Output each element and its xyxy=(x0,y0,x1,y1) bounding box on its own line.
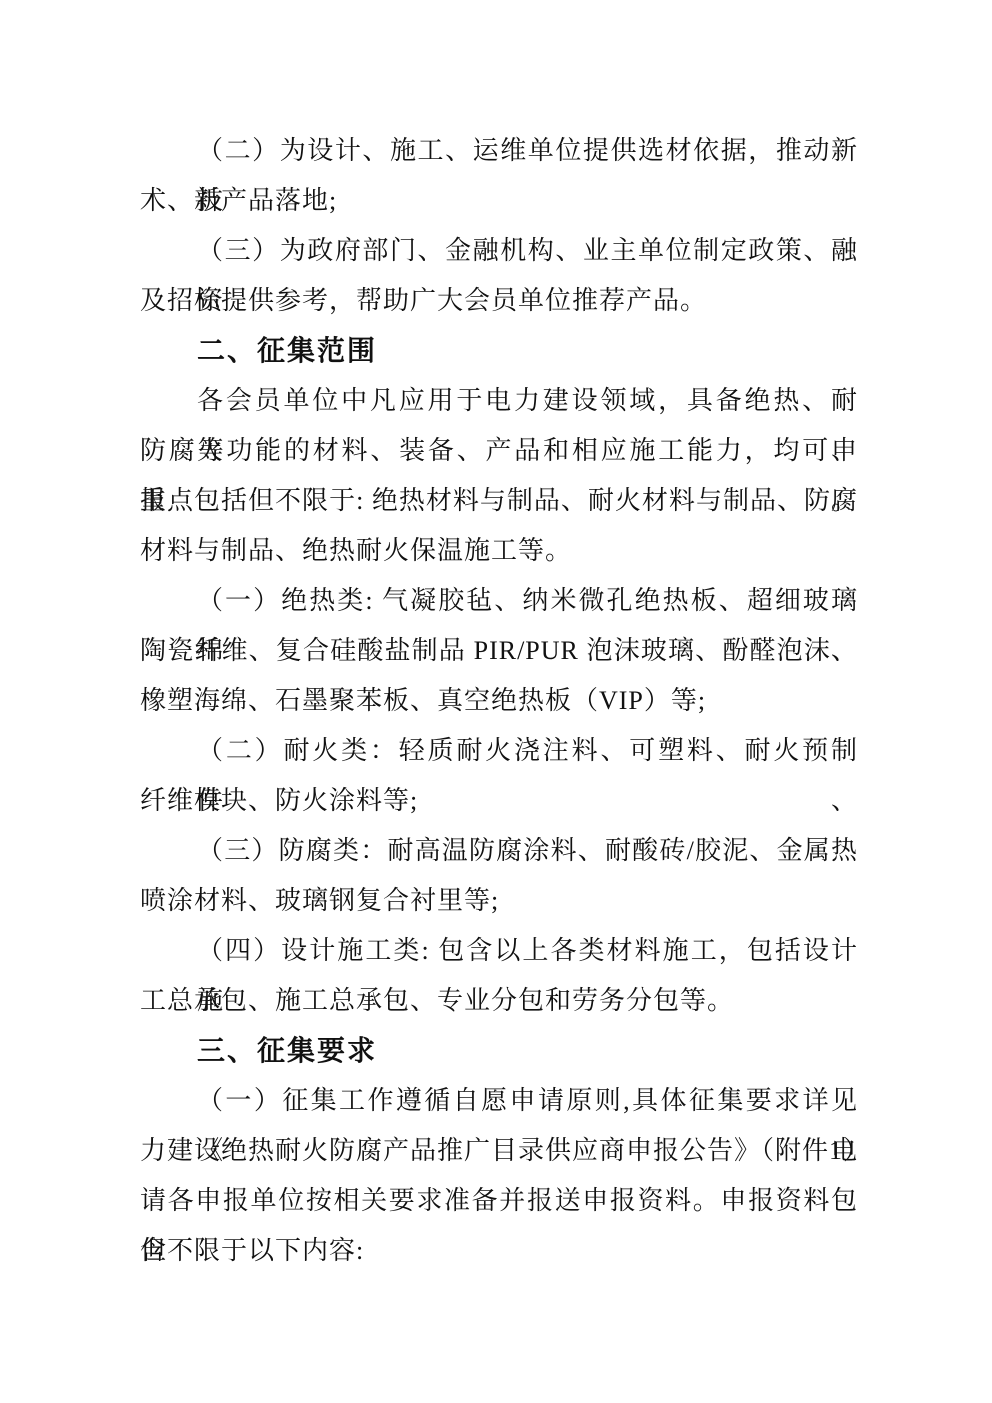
text-line: （三）为政府部门、金融机构、业主单位制定政策、融资 xyxy=(140,226,858,276)
document-page: （二）为设计、施工、运维单位提供选材依据，推动新技术、新产品落地;（三）为政府部… xyxy=(0,0,992,1403)
document-text-block: （二）为设计、施工、运维单位提供选材依据，推动新技术、新产品落地;（三）为政府部… xyxy=(140,126,858,1276)
text-line: （三）防腐类：耐高温防腐涂料、耐酸砖/胶泥、金属热 xyxy=(140,826,858,876)
section-heading: 二、征集范围 xyxy=(140,326,858,376)
text-line: （一）绝热类: 气凝胶毡、纳米微孔绝热板、超细玻璃棉、 xyxy=(140,576,858,626)
text-line: 力建设绝热耐火防腐产品推广目录供应商申报公告》（附件1） xyxy=(140,1126,858,1176)
text-line: 喷涂材料、玻璃钢复合衬里等; xyxy=(140,876,858,926)
text-line: 材料与制品、绝热耐火保温施工等。 xyxy=(140,526,858,576)
text-line: 术、新产品落地; xyxy=(140,176,858,226)
text-line: 工总承包、施工总承包、专业分包和劳务分包等。 xyxy=(140,976,858,1026)
text-line: （二）耐火类：轻质耐火浇注料、可塑料、耐火预制件、 xyxy=(140,726,858,776)
text-line: 各会员单位中凡应用于电力建设领域，具备绝热、耐火、 xyxy=(140,376,858,426)
text-line: 重点包括但不限于: 绝热材料与制品、耐火材料与制品、防腐 xyxy=(140,476,858,526)
text-line: 请各申报单位按相关要求准备并报送申报资料。申报资料包含 xyxy=(140,1176,858,1226)
text-line: 及招标提供参考，帮助广大会员单位推荐产品。 xyxy=(140,276,858,326)
text-line: （二）为设计、施工、运维单位提供选材依据，推动新技 xyxy=(140,126,858,176)
text-line: （四）设计施工类: 包含以上各类材料施工，包括设计施 xyxy=(140,926,858,976)
text-line: 防腐等功能的材料、装备、产品和相应施工能力，均可申报。 xyxy=(140,426,858,476)
text-line: （一）征集工作遵循自愿申请原则,具体征集要求详见《电 xyxy=(140,1076,858,1126)
text-line: 橡塑海绵、石墨聚苯板、真空绝热板（VIP）等; xyxy=(140,676,858,726)
section-heading: 三、征集要求 xyxy=(140,1026,858,1076)
text-line: 陶瓷纤维、复合硅酸盐制品 PIR/PUR 泡沫玻璃、酚醛泡沫、 xyxy=(140,626,858,676)
text-line: 但不限于以下内容: xyxy=(140,1226,858,1276)
